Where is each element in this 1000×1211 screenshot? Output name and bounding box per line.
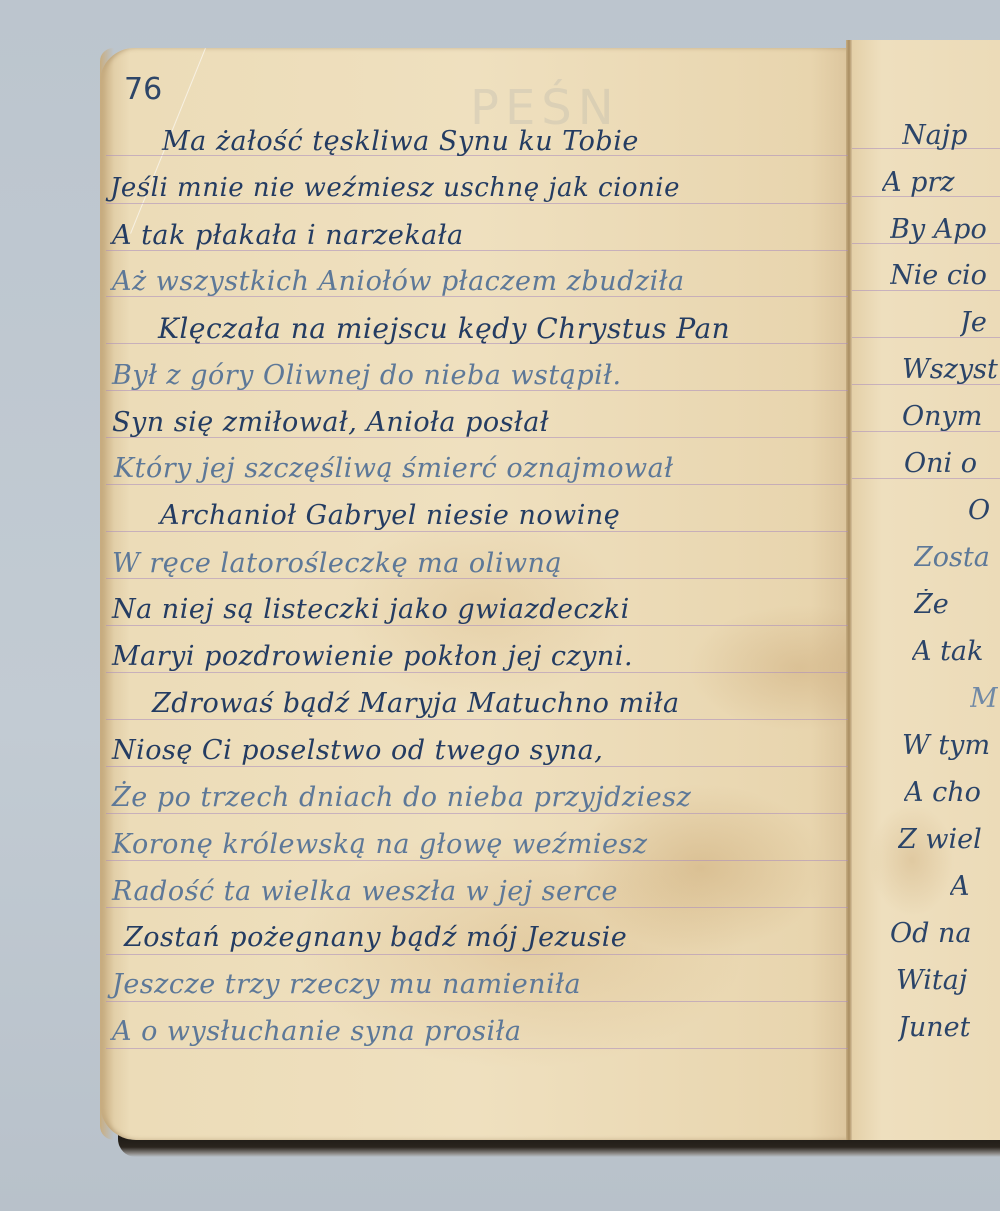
- text-line: Nie cio: [890, 260, 987, 291]
- text-line: Że: [914, 589, 949, 620]
- text-line: A: [950, 871, 970, 902]
- text-line: By Apo: [890, 214, 987, 245]
- text-line: Że po trzech dniach do nieba przyjdziesz: [112, 782, 691, 813]
- text-line: Ma żałość tęskliwa Synu ku Tobie: [162, 126, 639, 157]
- text-line: Koronę królewską na głowę weźmiesz: [112, 829, 648, 860]
- text-line: W ręce latorośleczkę ma oliwną: [112, 548, 562, 579]
- right-page-text: Najp A prz By Apo Nie cio Je Wszyst Onym…: [852, 40, 1000, 1140]
- text-line: Maryi pozdrowienie pokłon jej czyni.: [112, 641, 633, 672]
- text-line: O: [968, 495, 990, 526]
- text-line: Junet: [898, 1012, 970, 1043]
- text-line: Zosta: [914, 542, 990, 573]
- text-line: W tym: [902, 730, 990, 761]
- text-line: Archanioł Gabryel niesie nowinę: [160, 500, 620, 531]
- text-line: Jeśli mnie nie weźmiesz uschnę jak cioni…: [110, 173, 680, 203]
- text-line: Klęczała na miejscu kędy Chrystus Pan: [158, 312, 730, 345]
- text-line: Od na: [890, 918, 972, 949]
- text-line: Niosę Ci poselstwo od twego syna,: [112, 735, 603, 766]
- text-line: Był z góry Oliwnej do nieba wstąpił.: [112, 360, 622, 391]
- text-line: Radość ta wielka weszła w jej serce: [112, 876, 618, 907]
- text-line: Z wiel: [898, 824, 982, 855]
- text-line: A tak płakała i narzekała: [112, 220, 464, 251]
- text-line: Onym: [902, 401, 982, 432]
- text-line: Zostań pożegnany bądź mój Jezusie: [124, 922, 627, 953]
- text-line: M: [970, 683, 998, 714]
- text-line: Witaj: [896, 965, 967, 996]
- text-line: Najp: [902, 120, 967, 151]
- text-line: Jeszcze trzy rzeczy mu namieniła: [112, 969, 581, 1000]
- text-line: Na niej są listeczki jako gwiazdeczki: [112, 594, 630, 625]
- text-line: Zdrowaś bądź Maryja Matuchno miła: [152, 688, 680, 719]
- text-line: A cho: [904, 777, 981, 808]
- text-line: Je: [960, 307, 987, 338]
- text-line: A o wysłuchanie syna prosiła: [112, 1016, 521, 1047]
- text-line: Wszyst: [902, 354, 998, 385]
- text-line: A tak: [912, 636, 983, 667]
- text-line: Oni o: [904, 448, 977, 479]
- text-line: Aż wszystkich Aniołów płaczem zbudziła: [112, 266, 685, 297]
- text-line: A prz: [882, 167, 955, 198]
- text-line: Który jej szczęśliwą śmierć oznajmował: [114, 453, 674, 484]
- text-line: Syn się zmiłował, Anioła posłał: [112, 407, 549, 438]
- page-number: 76: [124, 72, 162, 107]
